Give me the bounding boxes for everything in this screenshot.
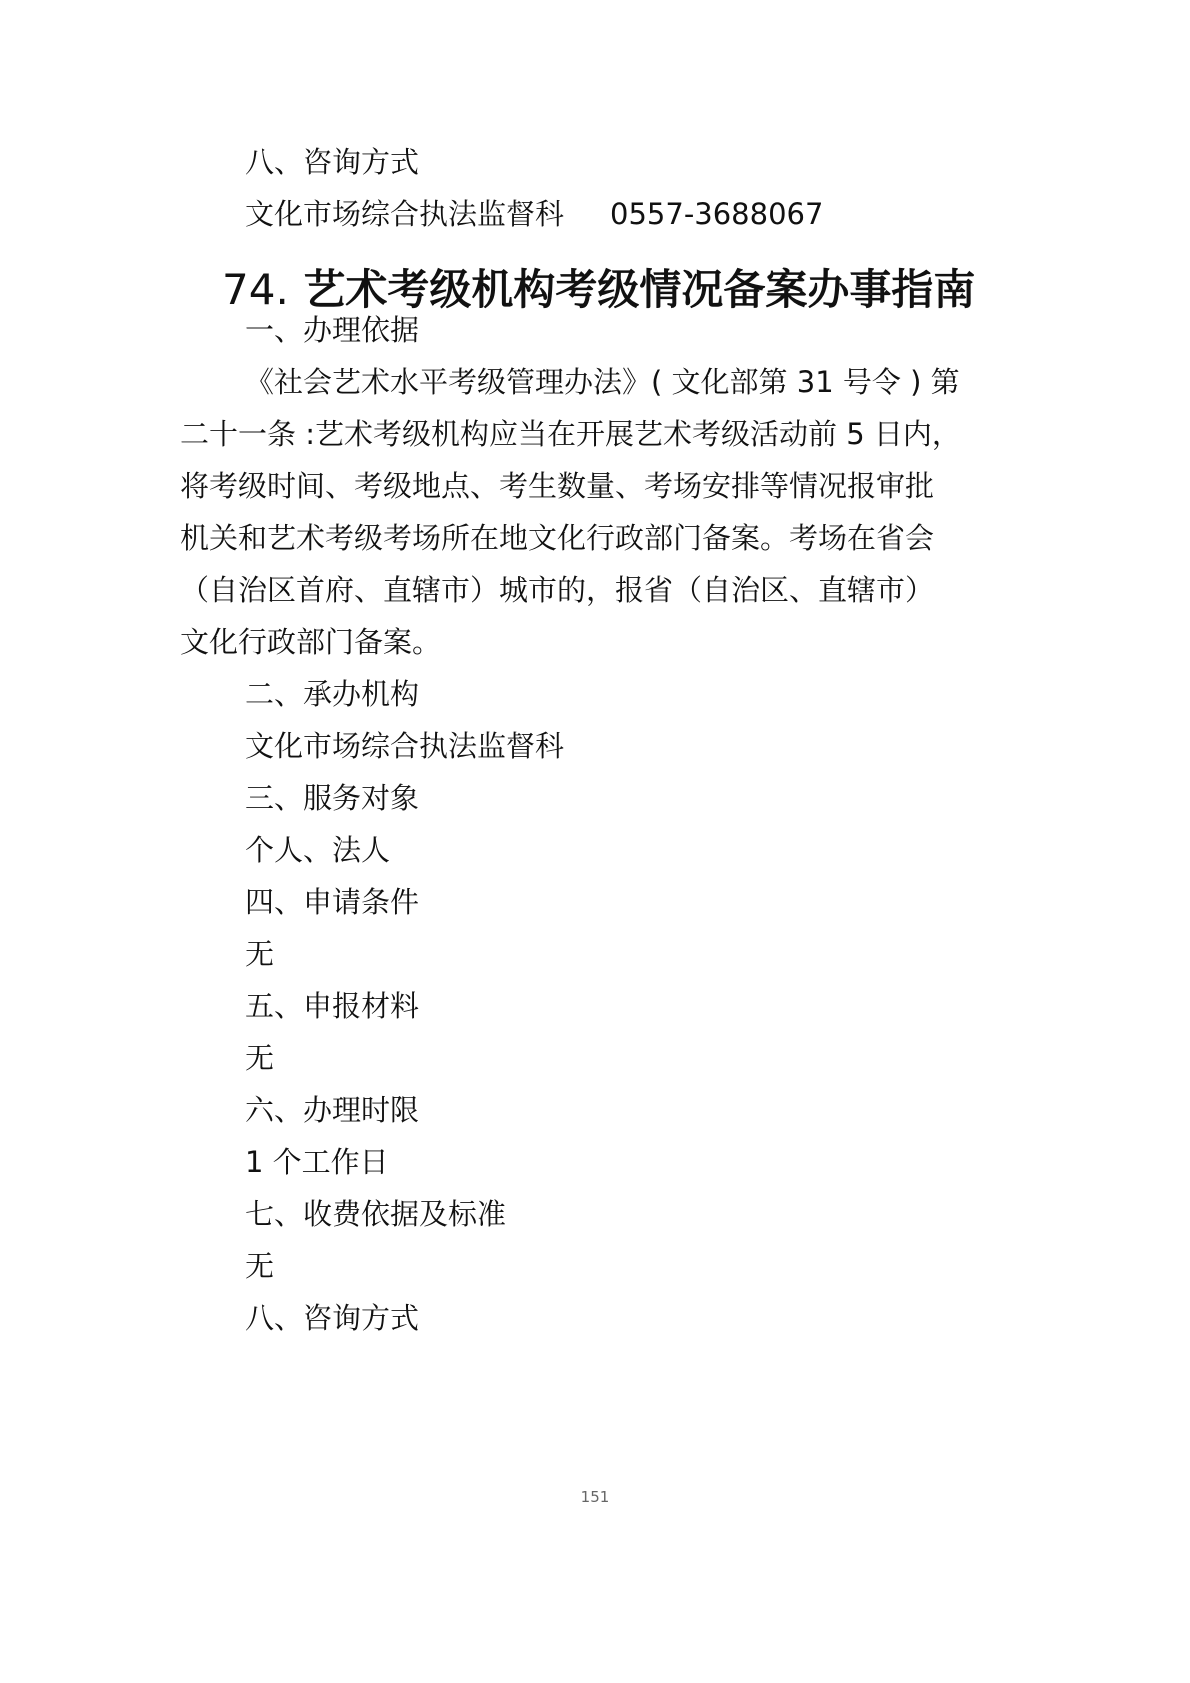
section-content-materials: 无 xyxy=(245,1038,274,1078)
basis-line-6: 文化行政部门备案。 xyxy=(180,622,441,662)
consult-line: 文化市场综合执法监督科0557-3688067 xyxy=(245,194,823,234)
section-content-timelimit: 1 个工作日 xyxy=(245,1142,389,1182)
section-content-conditions: 无 xyxy=(245,934,274,974)
section-content-agency: 文化市场综合执法监督科 xyxy=(245,726,564,766)
basis-line-3: 将考级时间、考级地点、考生数量、考场安排等情况报审批 xyxy=(180,466,934,506)
guide-number: 74. xyxy=(222,265,289,314)
section-content-fees: 无 xyxy=(245,1246,274,1286)
section-heading-timelimit: 六、办理时限 xyxy=(245,1090,419,1130)
section-heading-conditions: 四、申请条件 xyxy=(245,882,419,922)
guide-title-text: 艺术考级机构考级情况备案办事指南 xyxy=(303,265,975,314)
basis-line-5: （自治区首府、直辖市）城市的，报省（自治区、直辖市） xyxy=(180,570,934,610)
consult-heading: 八、咨询方式 xyxy=(245,142,419,182)
section-heading-fees: 七、收费依据及标准 xyxy=(245,1194,506,1234)
page-number: 151 xyxy=(0,1488,1190,1506)
consult-dept: 文化市场综合执法监督科 xyxy=(245,197,564,231)
consult-phone: 0557-3688067 xyxy=(610,197,823,231)
basis-line-2: 二十一条 :艺术考级机构应当在开展艺术考级活动前 5 日内， xyxy=(180,414,961,454)
section-heading-target: 三、服务对象 xyxy=(245,778,419,818)
section-heading-materials: 五、申报材料 xyxy=(245,986,419,1026)
section-heading-agency: 二、承办机构 xyxy=(245,674,419,714)
basis-line-4: 机关和艺术考级考场所在地文化行政部门备案。考场在省会 xyxy=(180,518,934,558)
basis-line-1: 《社会艺术水平考级管理办法》( 文化部第 31 号令 ) 第 xyxy=(245,362,960,402)
section-heading-consult: 八、咨询方式 xyxy=(245,1298,419,1338)
section-heading-basis: 一、办理依据 xyxy=(245,310,419,350)
section-content-target: 个人、法人 xyxy=(245,830,390,870)
